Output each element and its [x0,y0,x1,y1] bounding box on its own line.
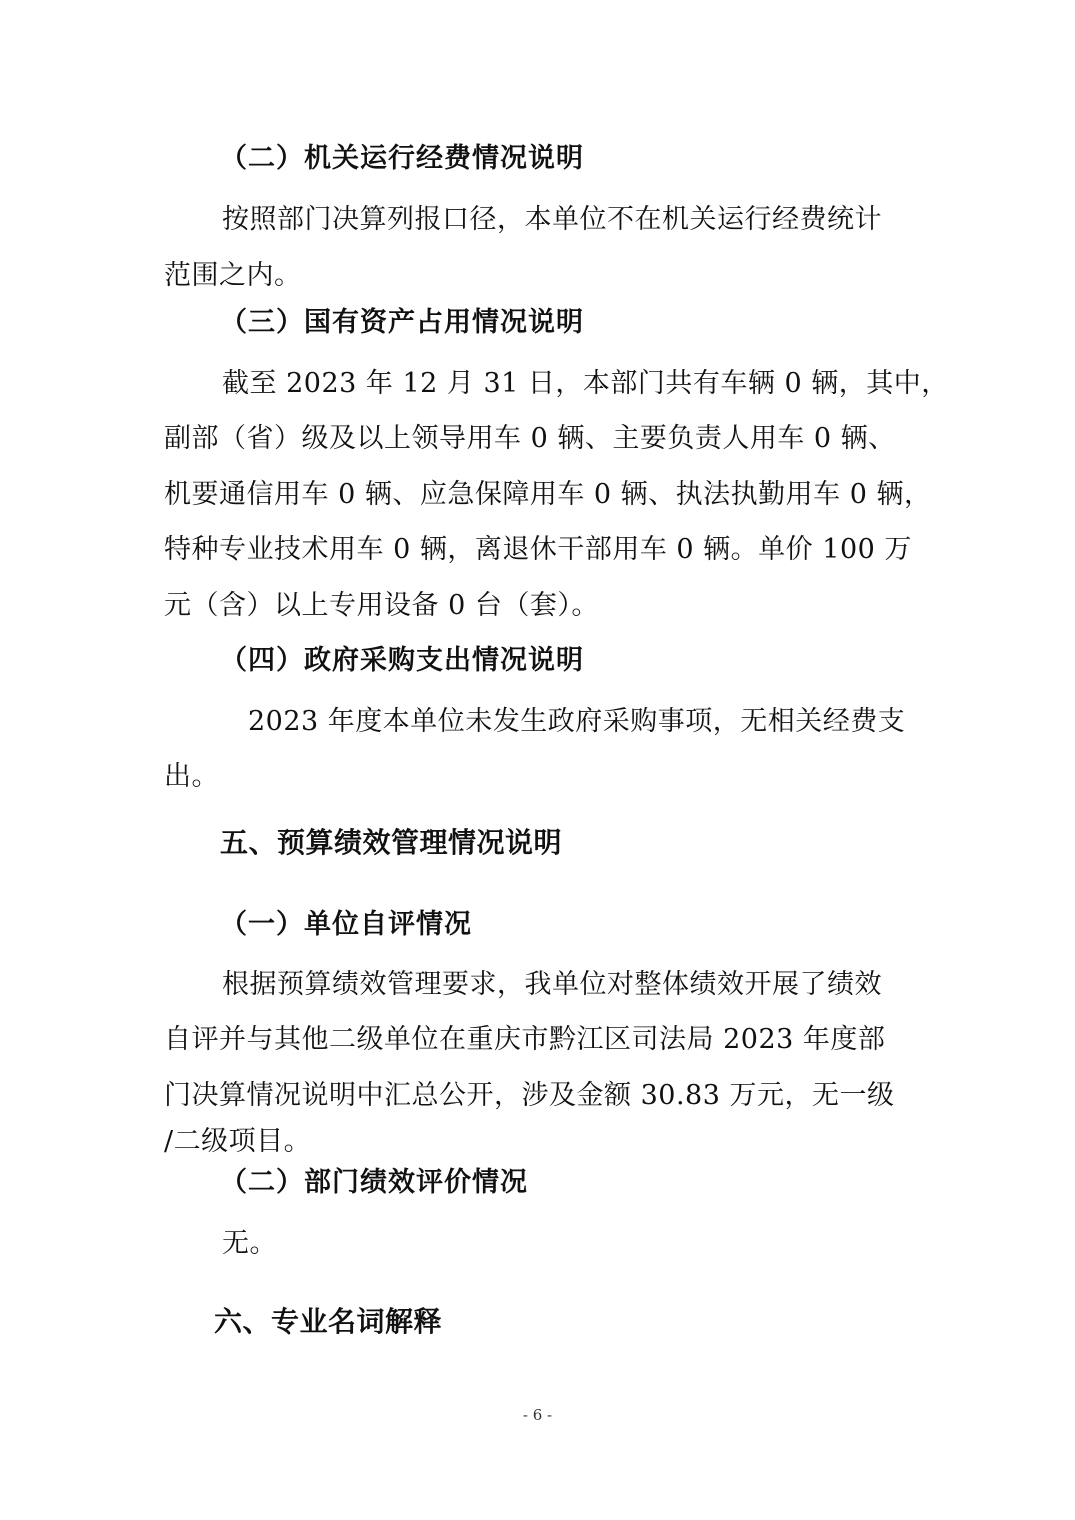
paragraph-line: 出。 [164,760,219,794]
heading-glossary: 六、专业名词解释 [214,1305,442,1339]
paragraph-line: 范围之内。 [164,259,302,293]
heading-self-evaluation: （一）单位自评情况 [220,908,472,942]
paragraph-line: 2023 年度本单位未发生政府采购事项，无相关经费支 [248,705,905,739]
paragraph-line: 副部（省）级及以上领导用车 0 辆、主要负责人用车 0 辆、 [164,422,896,456]
paragraph-line: 特种专业技术用车 0 辆，离退休干部用车 0 辆。单价 100 万 [164,533,912,567]
heading-operating-expenses: （二）机关运行经费情况说明 [220,142,584,176]
heading-department-evaluation: （二）部门绩效评价情况 [220,1166,528,1200]
paragraph-line: 机要通信用车 0 辆、应急保障用车 0 辆、执法执勤用车 0 辆， [164,478,932,512]
paragraph-line: 根据预算绩效管理要求，我单位对整体绩效开展了绩效 [222,968,882,1002]
paragraph-line: 门决算情况说明中汇总公开，涉及金额 30.83 万元，无一级 [164,1079,894,1113]
paragraph-line: 按照部门决算列报口径，本单位不在机关运行经费统计 [222,203,882,237]
document-page: （二）机关运行经费情况说明 按照部门决算列报口径，本单位不在机关运行经费统计 范… [0,0,1075,1520]
paragraph-line: 无。 [222,1227,277,1261]
paragraph-line: 自评并与其他二级单位在重庆市黔江区司法局 2023 年度部 [164,1023,885,1057]
paragraph-line: 元（含）以上专用设备 0 台（套）。 [164,589,599,623]
paragraph-line: 截至 2023 年 12 月 31 日，本部门共有车辆 0 辆，其中， [222,367,949,401]
heading-performance-management: 五、预算绩效管理情况说明 [220,826,562,860]
heading-state-assets: （三）国有资产占用情况说明 [220,306,584,340]
page-number: - 6 - [0,1406,1075,1424]
paragraph-line: /二级项目。 [164,1125,311,1159]
heading-procurement: （四）政府采购支出情况说明 [220,644,584,678]
